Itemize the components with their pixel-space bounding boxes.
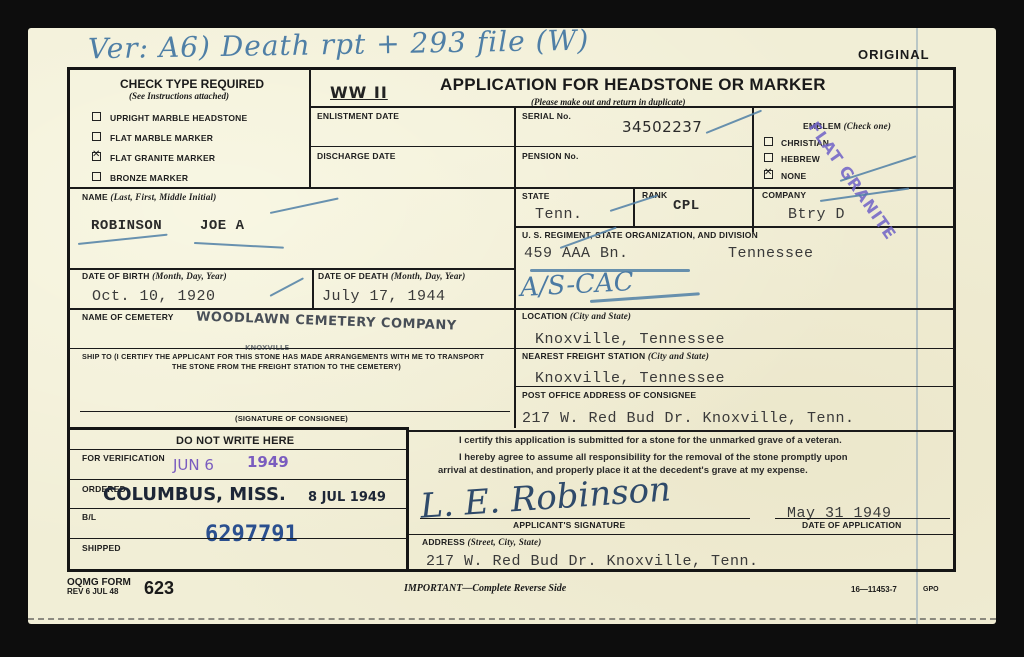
emblem-option: NONE <box>781 171 806 181</box>
consignee-address-value: 217 W. Red Bud Dr. Knoxville, Tenn. <box>522 410 855 427</box>
regiment-state: Tennessee <box>728 245 814 262</box>
print-code: 16—11453-7 <box>851 585 897 594</box>
consignee-address-label: POST OFFICE ADDRESS OF CONSIGNEE <box>522 390 696 400</box>
bl-label: B/L <box>82 512 96 522</box>
certification-line-2: I hereby agree to assume all responsibil… <box>459 452 848 463</box>
ship-to-label-2: THE STONE FROM THE FREIGHT STATION TO TH… <box>172 362 401 371</box>
verification-stamp-date: JUN 6 <box>173 456 214 474</box>
option-label: UPRIGHT MARBLE HEADSTONE <box>110 113 247 123</box>
page-title: APPLICATION FOR HEADSTONE OR MARKER <box>440 75 826 95</box>
regiment-value: 459 AAA Bn. <box>524 245 629 262</box>
divider <box>409 430 954 432</box>
divider <box>80 411 510 412</box>
emblem-option: HEBREW <box>781 154 820 164</box>
discharge-date-label: DISCHARGE DATE <box>317 151 396 161</box>
checkbox-flat-marble[interactable] <box>92 132 101 141</box>
serial-no-value: 34502237 <box>622 118 702 136</box>
divider <box>69 479 407 480</box>
company-value: Btry D <box>788 206 845 223</box>
copy-label: ORIGINAL <box>858 47 930 62</box>
ordered-stamp-date: 8 JUL 1949 <box>308 490 386 505</box>
divider <box>69 538 407 539</box>
checkbox-christian[interactable] <box>764 137 773 146</box>
option-label: FLAT GRANITE MARKER <box>110 153 215 163</box>
verification-stamp-year: 1949 <box>247 453 289 471</box>
checkbox-hebrew[interactable] <box>764 153 773 162</box>
verification-label: FOR VERIFICATION <box>82 453 165 463</box>
checkbox-flat-granite[interactable] <box>92 152 101 161</box>
location-value: Knoxville, Tennessee <box>535 331 725 348</box>
cemetery-label: NAME OF CEMETERY <box>82 312 174 322</box>
cemetery-city-stamp: KNOXVILLE <box>245 344 289 352</box>
company-label: COMPANY <box>762 190 806 200</box>
freight-station-value: Knoxville, Tennessee <box>535 370 725 387</box>
consignee-signature-label: (SIGNATURE OF CONSIGNEE) <box>235 414 348 423</box>
divider <box>752 106 754 232</box>
divider <box>69 268 514 270</box>
rank-value: CPL <box>673 198 700 214</box>
pension-no-label: PENSION No. <box>522 151 579 161</box>
divider <box>309 69 311 187</box>
checkbox-none[interactable] <box>764 170 773 179</box>
divider <box>69 348 514 349</box>
check-mark-icon <box>530 269 690 272</box>
checkbox-bronze[interactable] <box>92 172 101 181</box>
divider <box>69 187 954 189</box>
divider <box>633 187 635 227</box>
death-date-label: DATE OF DEATH (Month, Day, Year) <box>318 271 465 281</box>
freight-station-label: NEAREST FREIGHT STATION (City and State) <box>522 351 709 361</box>
divider <box>69 449 407 450</box>
option-label: FLAT MARBLE MARKER <box>110 133 213 143</box>
important-note: IMPORTANT—Complete Reverse Side <box>404 583 566 594</box>
war-stamp: WW II <box>330 83 388 102</box>
name-last: ROBINSON <box>91 218 162 234</box>
option-label: BRONZE MARKER <box>110 173 188 183</box>
office-use-heading: DO NOT WRITE HERE <box>176 435 294 447</box>
certification-line-1: I certify this application is submitted … <box>459 435 842 446</box>
serial-no-label: SERIAL No. <box>522 111 571 121</box>
name-label: NAME (Last, First, Middle Initial) <box>82 192 216 202</box>
state-value: Tenn. <box>535 206 583 223</box>
date-label: DATE OF APPLICATION <box>802 520 902 530</box>
ordered-stamp: COLUMBUS, MISS. <box>103 484 286 505</box>
birth-date-value: Oct. 10, 1920 <box>92 288 216 305</box>
state-label: STATE <box>522 191 550 201</box>
regiment-label: U. S. REGIMENT, STATE ORGANIZATION, AND … <box>522 230 758 240</box>
birth-date-label: DATE OF BIRTH (Month, Day, Year) <box>82 271 227 281</box>
divider <box>309 146 754 147</box>
divider <box>514 106 516 428</box>
gpo-mark: GPO <box>923 586 939 593</box>
death-date-value: July 17, 1944 <box>322 288 446 305</box>
perforation-line <box>28 618 996 626</box>
form-number: 623 <box>144 578 174 599</box>
shipped-label: SHIPPED <box>82 543 121 553</box>
divider <box>312 268 314 308</box>
check-type-heading: CHECK TYPE REQUIRED <box>120 77 264 91</box>
divider <box>514 348 954 349</box>
form-id: OQMG FORMREV 6 JUL 48 <box>67 578 131 596</box>
page-subtitle: (Please make out and return in duplicate… <box>531 97 686 107</box>
divider <box>409 534 954 535</box>
ship-to-label: SHIP TO (I CERTIFY THE APPLICANT FOR THI… <box>82 352 484 361</box>
checkbox-upright-marble[interactable] <box>92 112 101 121</box>
address-label: ADDRESS (Street, City, State) <box>422 537 541 547</box>
enlistment-date-label: ENLISTMENT DATE <box>317 111 399 121</box>
bl-number: 6297791 <box>205 522 298 547</box>
name-first-middle: JOE A <box>200 218 245 234</box>
address-value: 217 W. Red Bud Dr. Knoxville, Tenn. <box>426 553 759 570</box>
location-label: LOCATION (City and State) <box>522 311 631 321</box>
signature-line <box>420 518 750 519</box>
signature-label: APPLICANT'S SIGNATURE <box>513 520 625 530</box>
check-type-subheading: (See Instructions attached) <box>129 91 229 101</box>
date-line <box>775 518 950 519</box>
divider <box>69 508 407 509</box>
